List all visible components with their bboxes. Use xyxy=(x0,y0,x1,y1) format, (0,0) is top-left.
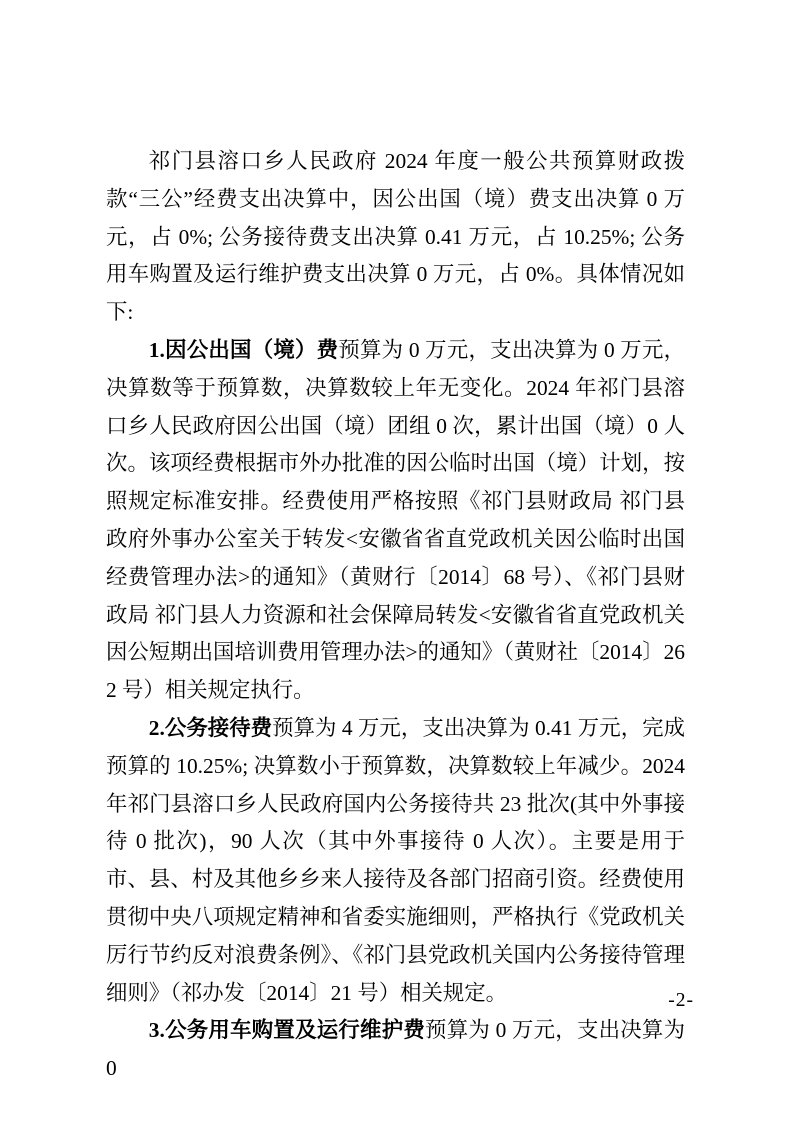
paragraph-item-3-vehicle-expense: 3.公务用车购置及运行维护费预算为 0 万元，支出决算为 0 xyxy=(106,1012,685,1088)
document-page: 祁门县溶口乡人民政府 2024 年度一般公共预算财政拨款“三公”经费支出决算中，… xyxy=(0,0,793,1122)
paragraph-item-2-reception-expense: 2.公务接待费预算为 4 万元，支出决算为 0.41 万元，完成预算的 10.2… xyxy=(106,710,685,1012)
paragraph-text: 预算为 4 万元，支出决算为 0.41 万元，完成预算的 10.25%; 决算数… xyxy=(106,716,685,1005)
paragraph-text: 祁门县溶口乡人民政府 2024 年度一般公共预算财政拨款“三公”经费支出决算中，… xyxy=(106,149,685,324)
paragraph-lead: 1.因公出国（境）费 xyxy=(149,338,339,362)
paragraph-item-1-abroad-expense: 1.因公出国（境）费预算为 0 万元，支出决算为 0 万元，决算数等于预算数，决… xyxy=(106,332,685,710)
paragraph-summary: 祁门县溶口乡人民政府 2024 年度一般公共预算财政拨款“三公”经费支出决算中，… xyxy=(106,143,685,332)
page-number: -2- xyxy=(668,990,694,1012)
paragraph-lead: 3.公务用车购置及运行维护费 xyxy=(149,1018,425,1042)
paragraph-lead: 2.公务接待费 xyxy=(149,716,272,740)
paragraph-text: 预算为 0 万元，支出决算为 0 万元，决算数等于预算数，决算数较上年无变化。2… xyxy=(106,338,685,702)
document-body: 祁门县溶口乡人民政府 2024 年度一般公共预算财政拨款“三公”经费支出决算中，… xyxy=(106,143,685,1088)
